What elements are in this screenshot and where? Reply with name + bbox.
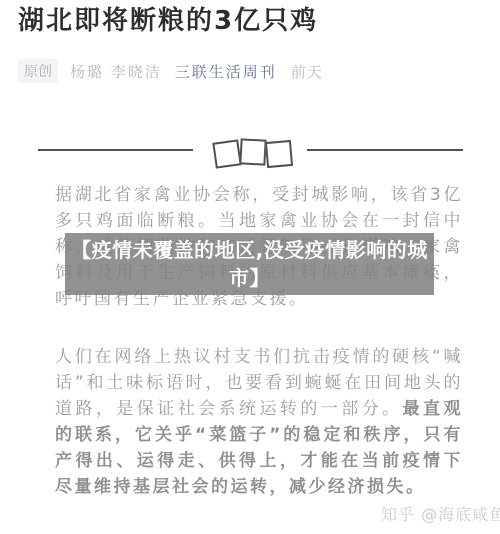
caption-overlay-text: 【疫情未覆盖的地区,没受疫情影响的城市】 (69, 236, 430, 292)
byline: 原创 杨璐 李晓洁 三联生活周刊 前天 (18, 59, 323, 83)
article-title: 湖北即将断粮的3亿只鸡 (18, 4, 488, 38)
caption-overlay: 【疫情未覆盖的地区,没受疫情影响的城市】 (65, 233, 434, 295)
divider-line-right (307, 149, 463, 151)
section-divider (0, 133, 500, 173)
square-icon (212, 139, 241, 168)
divider-line-left (38, 149, 193, 151)
zhihu-watermark: 知乎 @海底咸鱼儿 (381, 502, 500, 525)
article-authors: 杨璐 李晓洁 (70, 61, 162, 82)
account-link[interactable]: 三联生活周刊 (175, 61, 277, 82)
square-icon (239, 138, 266, 165)
square-icon (265, 140, 293, 168)
paragraph-2: 人们在网络上热议村支书们抗击疫情的硬核“喊话”和土味标语时，也要看到蜿蜒在田间地… (55, 344, 463, 500)
article-page: 湖北即将断粮的3亿只鸡 原创 杨璐 李晓洁 三联生活周刊 前天 据湖北省家禽业协… (0, 0, 500, 534)
original-badge: 原创 (18, 59, 58, 83)
publish-date: 前天 (291, 61, 323, 82)
